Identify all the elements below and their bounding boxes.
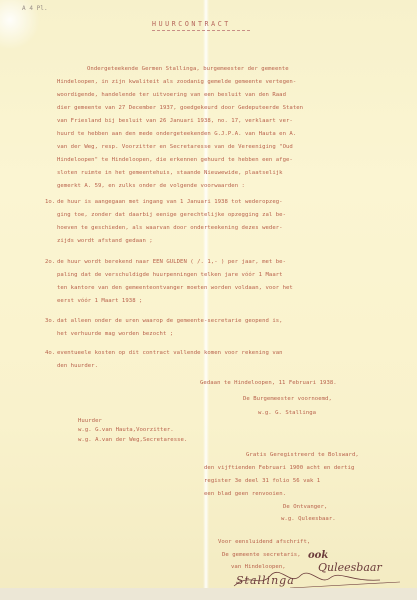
registration-line: register 3e deel 31 folio 56 vak 1 (204, 478, 320, 485)
condition-line: eventueele kosten op dit contract vallen… (57, 350, 283, 357)
place-date: Gedaan te Hindeloopen, 11 Februari 1938. (200, 380, 337, 387)
mayor-signed: w.g. G. Stallinga (258, 410, 316, 417)
document-page: A 4 Pl. HUURCONTRACT Ondergeteekende Ger… (0, 0, 417, 600)
condition-number: 2o. (45, 259, 55, 266)
body-line: woordigende, handelende ter uitvoering v… (57, 92, 286, 99)
body-line: sloten ruimte in het gemeentehuis, staan… (57, 170, 283, 177)
copy-line: Voor eensluidend afschrift, (218, 539, 310, 546)
mayor-title: De Burgemeester voornoemd, (243, 396, 332, 403)
body-line: gemerkt A. 59, en zulks onder de volgend… (57, 183, 245, 190)
registration-line: een blad geen renvooien. (204, 491, 286, 498)
copy-line: De gemeente secretaris, (222, 552, 301, 559)
tenant-line: w.g. G.van Hauta,Voorzitter. (78, 427, 174, 434)
condition-line: de huur is aangegaan met ingang van 1 Ja… (57, 199, 283, 206)
body-line: dier gemeente van 27 December 1937, goed… (57, 105, 303, 112)
condition-number: 3o. (45, 318, 55, 325)
body-line: Hindeloopen, in zijn kwaliteit als zooda… (57, 79, 296, 86)
receiver-title: De Ontvanger, (283, 504, 327, 511)
body-line: huurd te hebben aan den mede ondergeteek… (57, 131, 296, 138)
body-line: Hindeloopen" te Hindeloopen, die erkenne… (57, 157, 293, 164)
tenant-line: w.g. A.van der Weg,Secretaresse. (78, 437, 187, 444)
condition-number: 1o. (45, 199, 55, 206)
handwritten-annotation: ook (308, 550, 328, 561)
condition-line: dat alleen onder de uren waarop de gemee… (57, 318, 283, 325)
registration-line: den vijftienden Februari 1900 acht en de… (204, 465, 354, 472)
paper-fold (203, 0, 209, 600)
title-underline (152, 30, 250, 31)
condition-line: zijds wordt afstand gedaan ; (57, 238, 153, 245)
tenant-label: Huurder (78, 418, 102, 425)
condition-line: den huurder. (57, 363, 98, 370)
condition-line: ten kantore van den gemeenteontvanger mo… (57, 285, 293, 292)
signature-stroke-icon (230, 568, 410, 590)
body-line: van Friesland bij besluit van 26 Januari… (57, 118, 293, 125)
condition-line: eerst vóór 1 Maart 1938 ; (57, 298, 142, 305)
document-title: HUURCONTRACT (152, 21, 231, 28)
registration-line: Gratis Geregistreerd te Bolsward, (246, 452, 359, 459)
corner-mark: A 4 Pl. (22, 5, 48, 12)
body-line: Ondergeteekende Germen Stallinga, burgem… (87, 66, 289, 73)
condition-number: 4o. (45, 350, 55, 357)
receiver-signed: w.g. Quleesbaar. (281, 516, 336, 523)
page-bottom-edge (0, 588, 417, 600)
body-line: van der Weg, resp. Voorzitter en Secreta… (57, 144, 293, 151)
condition-line: ging toe, zonder dat daarbij eenige gere… (57, 212, 286, 219)
condition-line: hoeven te geschieden, als waarvan door o… (57, 225, 283, 232)
condition-line: paling dat de verschuldigde huurpenninge… (57, 272, 283, 279)
condition-line: de huur wordt berekend naar EEN GULDEN (… (57, 259, 286, 266)
condition-line: het verhuurde mag worden bezocht ; (57, 331, 173, 338)
